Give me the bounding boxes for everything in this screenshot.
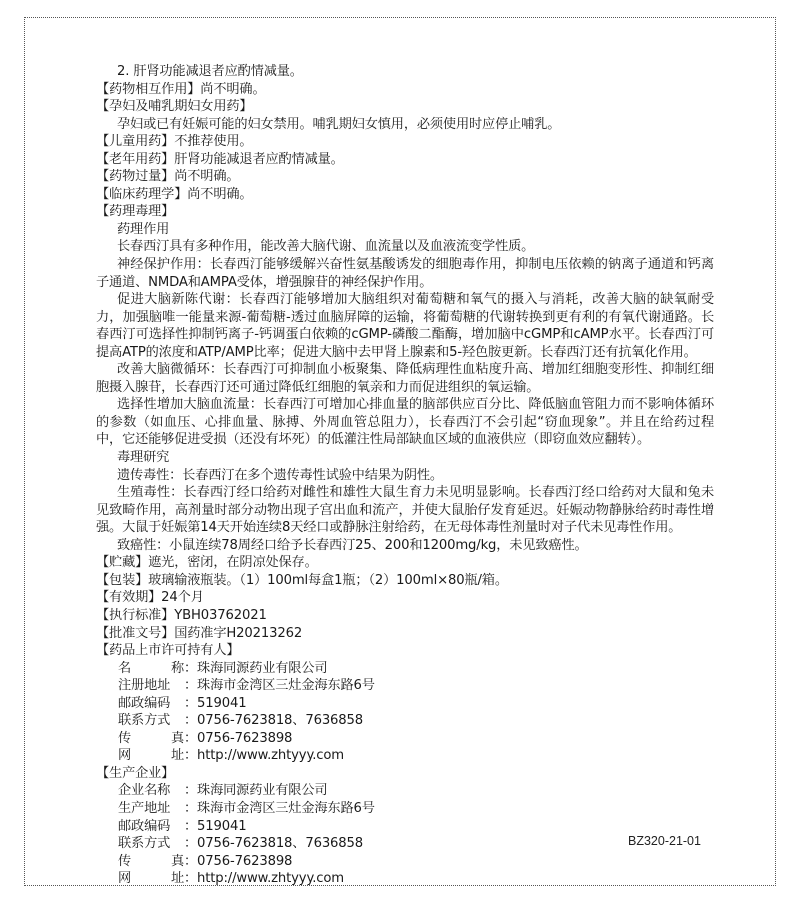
section-pregnancy-lactation: 【孕妇及哺乳期妇女用药】: [96, 98, 714, 116]
section-storage: 【贮藏】遮光，密闭，在阴凉处保存。: [96, 554, 714, 572]
section-pediatric-use: 【儿童用药】不推荐使用。: [96, 133, 714, 151]
section-license-holder: 【药品上市许可持有人】: [96, 642, 714, 660]
maker-label: 联系方式: [118, 835, 184, 853]
section-approval-number: 【批准文号】国药准字H20213262: [96, 625, 714, 643]
maker-value: 519041: [197, 818, 246, 836]
section-shelf-life: 【有效期】24个月: [96, 589, 714, 607]
label-part: 真: [171, 730, 184, 748]
holder-value: 0756-7623818、7636858: [197, 712, 363, 730]
maker-value: http://www.zhtyyy.com: [197, 870, 344, 888]
section-packaging: 【包装】玻璃输液瓶装。（1）100ml每盒1瓶；（2）100ml×80瓶/箱。: [96, 572, 714, 590]
maker-row: 联系方式：0756-7623818、7636858: [96, 835, 714, 853]
package-insert-body: 2. 肝肾功能减退者应酌情减量。 【药物相互作用】尚不明确。 【孕妇及哺乳期妇女…: [96, 63, 714, 888]
metabolism-paragraph: 促进大脑新陈代谢：长春西汀能够增加大脑组织对葡萄糖和氧气的摄入与消耗，改善大脑的…: [96, 291, 714, 361]
license-holder-details: 名称：珠海同源药业有限公司注册地址：珠海市金湾区三灶金海东路6号邮政编码：519…: [96, 660, 714, 765]
section-drug-interactions: 【药物相互作用】尚不明确。: [96, 81, 714, 99]
neuroprotection-paragraph: 神经保护作用：长春西汀能够缓解兴奋性氨基酸诱发的细胞毒作用，抑制电压依赖的钠离子…: [96, 256, 714, 291]
label-part: 注册地址: [118, 677, 170, 695]
holder-value: http://www.zhtyyy.com: [197, 747, 344, 765]
maker-value: 珠海同源药业有限公司: [197, 782, 327, 800]
label-part: 邮政编码: [118, 695, 170, 713]
colon: ：: [184, 712, 197, 730]
maker-label: 生产地址: [118, 800, 184, 818]
section-manufacturer: 【生产企业】: [96, 765, 714, 783]
holder-label: 网址: [118, 747, 184, 765]
manufacturer-details: 企业名称：珠海同源药业有限公司生产地址：珠海市金湾区三灶金海东路6号邮政编码：5…: [96, 782, 714, 887]
maker-value: 0756-7623898: [197, 853, 292, 871]
colon: ：: [184, 695, 197, 713]
maker-label: 企业名称: [118, 782, 184, 800]
section-overdose: 【药物过量】尚不明确。: [96, 168, 714, 186]
holder-row: 传真：0756-7623898: [96, 730, 714, 748]
label-part: 真: [171, 853, 184, 871]
section-standard: 【执行标准】YBH03762021: [96, 607, 714, 625]
holder-row: 联系方式：0756-7623818、7636858: [96, 712, 714, 730]
maker-value: 珠海市金湾区三灶金海东路6号: [197, 800, 375, 818]
holder-label: 注册地址: [118, 677, 184, 695]
label-part: 网: [118, 870, 131, 888]
pharmacology-summary: 长春西汀具有多种作用，能改善大脑代谢、血流量以及血液流变学性质。: [96, 238, 714, 256]
colon: ：: [184, 800, 197, 818]
label-part: 联系方式: [118, 835, 170, 853]
holder-value: 0756-7623898: [197, 730, 292, 748]
holder-row: 网址：http://www.zhtyyy.com: [96, 747, 714, 765]
holder-row: 邮政编码：519041: [96, 695, 714, 713]
maker-row: 网址：http://www.zhtyyy.com: [96, 870, 714, 888]
colon: ：: [184, 677, 197, 695]
label-part: 邮政编码: [118, 818, 170, 836]
colon: ：: [184, 747, 197, 765]
label-part: 址: [171, 870, 184, 888]
colon: ：: [184, 853, 197, 871]
label-part: 企业名称: [118, 782, 170, 800]
holder-value: 519041: [197, 695, 246, 713]
subsection-pharmacology: 药理作用: [96, 221, 714, 239]
microcirculation-paragraph: 改善大脑微循环：长春西汀可抑制血小板聚集、降低病理性血粘度升高、增加红细胞变形性…: [96, 361, 714, 396]
section-pharmacology-toxicology: 【药理毒理】: [96, 203, 714, 221]
label-part: 址: [171, 747, 184, 765]
label-part: 生产地址: [118, 800, 170, 818]
holder-label: 传真: [118, 730, 184, 748]
genotoxicity-paragraph: 遗传毒性：长春西汀在多个遗传毒性试验中结果为阴性。: [96, 467, 714, 485]
reproductive-toxicity-paragraph: 生殖毒性：长春西汀经口给药对雌性和雄性大鼠生育力未见明显影响。长春西汀经口给药对…: [96, 484, 714, 537]
colon: ：: [184, 782, 197, 800]
holder-row: 注册地址：珠海市金湾区三灶金海东路6号: [96, 677, 714, 695]
label-part: 联系方式: [118, 712, 170, 730]
maker-label: 传真: [118, 853, 184, 871]
label-part: 传: [118, 853, 131, 871]
pregnancy-lactation-text: 孕妇或已有妊娠可能的妇女禁用。哺乳期妇女慎用，必须使用时应停止哺乳。: [96, 116, 714, 134]
carcinogenicity-paragraph: 致癌性：小鼠连续78周经口给予长春西汀25、200和1200mg/kg，未见致癌…: [96, 537, 714, 555]
dosage-note-2: 2. 肝肾功能减退者应酌情减量。: [96, 63, 714, 81]
maker-row: 企业名称：珠海同源药业有限公司: [96, 782, 714, 800]
colon: ：: [184, 835, 197, 853]
holder-value: 珠海市金湾区三灶金海东路6号: [197, 677, 375, 695]
subsection-toxicology: 毒理研究: [96, 449, 714, 467]
section-clinical-pharmacology: 【临床药理学】尚不明确。: [96, 186, 714, 204]
maker-value: 0756-7623818、7636858: [197, 835, 363, 853]
holder-label: 邮政编码: [118, 695, 184, 713]
colon: ：: [184, 660, 197, 678]
label-part: 传: [118, 730, 131, 748]
label-part: 名: [118, 660, 131, 678]
label-part: 网: [118, 747, 131, 765]
maker-label: 网址: [118, 870, 184, 888]
section-geriatric-use: 【老年用药】肝肾功能减退者应酌情减量。: [96, 151, 714, 169]
label-part: 称: [171, 660, 184, 678]
colon: ：: [184, 870, 197, 888]
maker-label: 邮政编码: [118, 818, 184, 836]
colon: ：: [184, 730, 197, 748]
holder-label: 名称: [118, 660, 184, 678]
holder-label: 联系方式: [118, 712, 184, 730]
document-code: BZ320-21-01: [628, 834, 701, 848]
maker-row: 传真：0756-7623898: [96, 853, 714, 871]
maker-row: 邮政编码：519041: [96, 818, 714, 836]
holder-row: 名称：珠海同源药业有限公司: [96, 660, 714, 678]
holder-value: 珠海同源药业有限公司: [197, 660, 327, 678]
maker-row: 生产地址：珠海市金湾区三灶金海东路6号: [96, 800, 714, 818]
colon: ：: [184, 818, 197, 836]
blood-flow-paragraph: 选择性增加大脑血流量：长春西汀可增加心排血量的脑部供应百分比、降低脑血管阻力而不…: [96, 396, 714, 449]
